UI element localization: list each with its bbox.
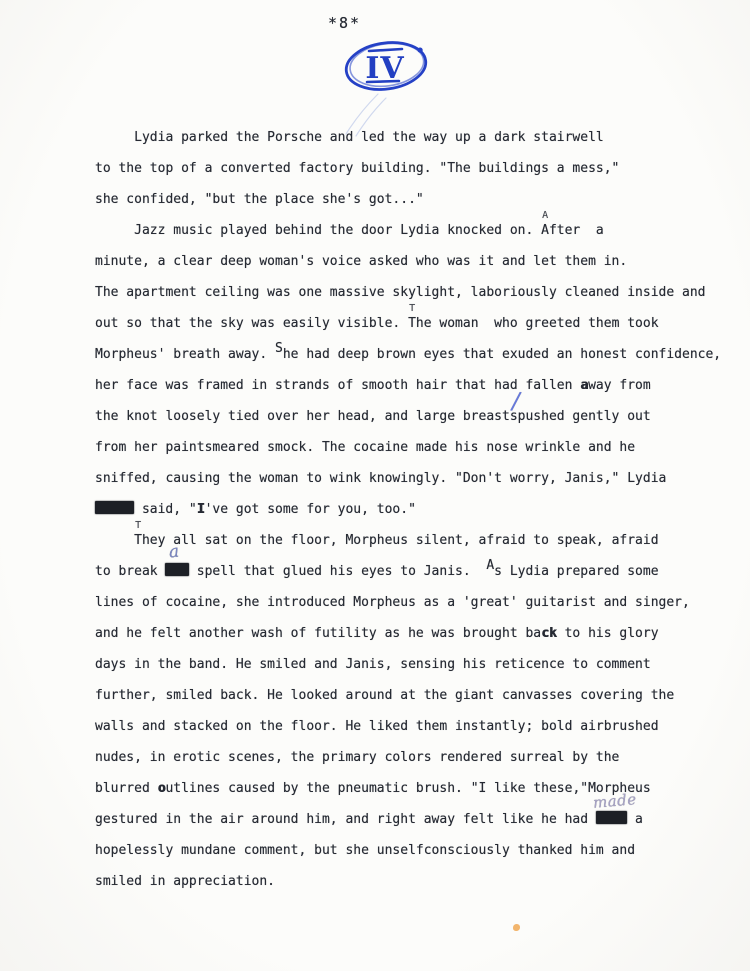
typed-line: to the top of a converted factory buildi… xyxy=(95,153,745,184)
typed-line: she confided, "but the place she's got..… xyxy=(95,184,745,215)
typed-line: out so that the sky was easily visible. … xyxy=(95,308,745,339)
manuscript-page: *8* IV Lydia parked the Porsche and led … xyxy=(0,0,750,971)
typed-line: minute, a clear deep woman's voice asked… xyxy=(95,246,745,277)
typed-line: hopelessly mundane comment, but she unse… xyxy=(95,835,745,866)
typed-line: TThey all sat on the floor, Morpheus sil… xyxy=(95,525,745,556)
svg-text:IV: IV xyxy=(365,51,404,86)
typed-correction: TT xyxy=(408,316,416,331)
typed-line: further, smiled back. He looked around a… xyxy=(95,680,745,711)
page-number: *8* xyxy=(328,14,361,32)
typed-line: days in the band. He smiled and Janis, s… xyxy=(95,649,745,680)
typed-body: Lydia parked the Porsche and led the way… xyxy=(95,122,745,897)
typed-correction: TT xyxy=(134,533,142,548)
typed-line: said, "I've got some for you, too." xyxy=(95,494,745,525)
blackout-strike: a xyxy=(165,563,188,576)
paper-speck xyxy=(513,924,520,931)
typed-line: walls and stacked on the floor. He liked… xyxy=(95,711,745,742)
typed-line: from her paintsmeared smock. The cocaine… xyxy=(95,432,745,463)
typed-line: The apartment ceiling was one massive sk… xyxy=(95,277,745,308)
typed-line: the knot loosely tied over her head, and… xyxy=(95,401,745,432)
typed-line: Lydia parked the Porsche and led the way… xyxy=(95,122,745,153)
typed-line: gestured in the air around him, and righ… xyxy=(95,804,745,835)
typed-line: lines of cocaine, she introduced Morpheu… xyxy=(95,587,745,618)
typed-line: her face was framed in strands of smooth… xyxy=(95,370,745,401)
typed-line: Morpheus' breath away. She had deep brow… xyxy=(95,339,745,370)
typed-line: nudes, in erotic scenes, the primary col… xyxy=(95,742,745,773)
typed-correction: AA xyxy=(541,223,549,238)
typed-line: and he felt another wash of futility as … xyxy=(95,618,745,649)
blackout-strike xyxy=(95,501,134,514)
typed-line: blurred outlines caused by the pneumatic… xyxy=(95,773,745,804)
typed-line: sniffed, causing the woman to wink knowi… xyxy=(95,463,745,494)
typed-line: to break a spell that glued his eyes to … xyxy=(95,556,745,587)
typed-line: smiled in appreciation. xyxy=(95,866,745,897)
roman-numeral-iv: IV xyxy=(365,49,404,86)
blackout-strike: made xyxy=(596,811,627,824)
typed-line: Jazz music played behind the door Lydia … xyxy=(95,215,745,246)
handwritten-annotation: made xyxy=(592,792,637,811)
